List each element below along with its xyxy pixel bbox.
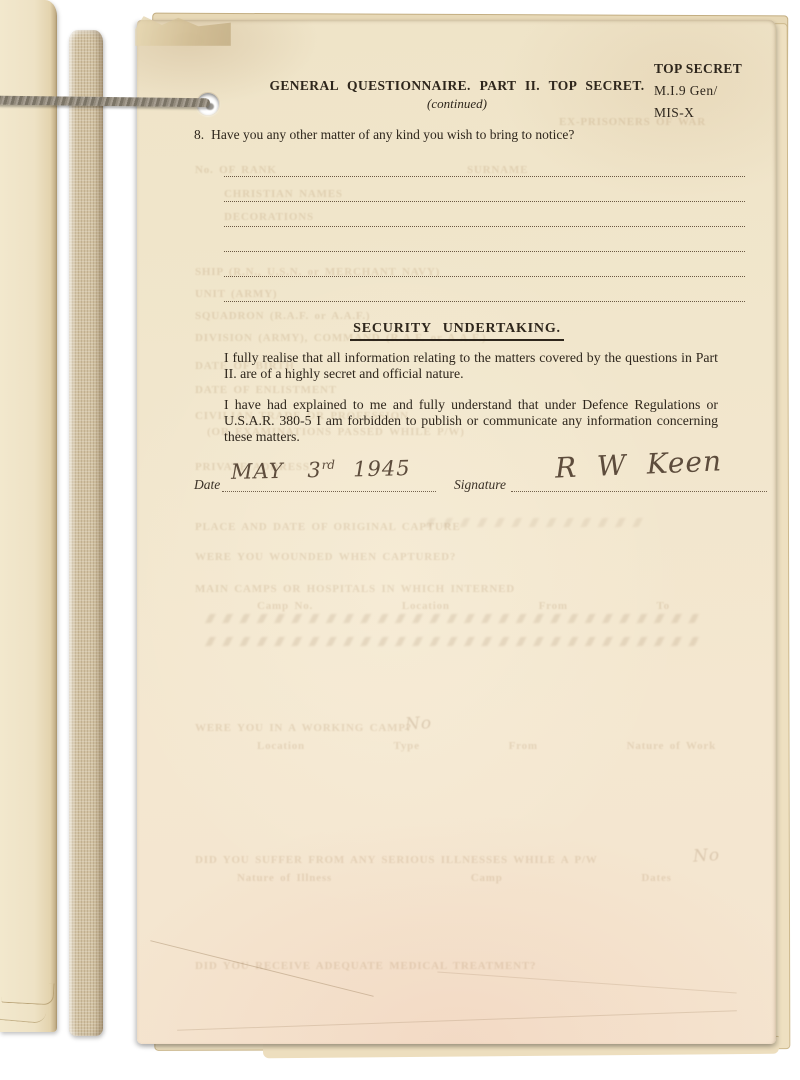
answer-line [224,252,745,277]
undertaking-heading-row: SECURITY UNDERTAKING. [157,319,757,341]
bleedthrough-text: Nature of Illness Camp Dates [237,872,672,884]
handwritten-date-year: 1945 [353,456,411,481]
left-page-corner-sheet [0,1004,47,1024]
date-line [222,491,436,492]
document-header: GENERAL QUESTIONNAIRE. PART II. TOP SECR… [157,78,757,112]
page-title: GENERAL QUESTIONNAIRE. PART II. TOP SECR… [157,78,757,94]
handwritten-date-main: MAY 3 [231,458,322,484]
bleedthrough-scribble [196,637,699,646]
cloth-binding-strip [69,30,103,1036]
question-number: 8. [194,127,204,142]
undertaking-paragraph: I have had explained to me and fully und… [224,397,718,445]
bleedthrough-text: DID YOU RECEIVE ADEQUATE MEDICAL TREATME… [195,960,536,972]
scanned-document-scene: EX-PRISONERS OF WARNo. OF RANKSURNAMECHR… [0,0,800,1080]
bleedthrough-text: Camp No. Location From To [257,600,670,612]
signature-line [511,491,767,492]
stamp-top-secret: TOP SECRET [654,58,774,80]
left-page-corner-sheet [1,981,54,1006]
answer-line [224,152,745,177]
undertaking-heading: SECURITY UNDERTAKING. [350,321,564,341]
bleedthrough-scribble [196,614,699,623]
bleedthrough-text: No [404,713,432,734]
signature-label: Signature [454,477,506,493]
undertaking-paragraphs: I fully realise that all information rel… [224,350,718,445]
bleedthrough-text: WERE YOU WOUNDED WHEN CAPTURED? [195,551,456,563]
questionnaire-page: EX-PRISONERS OF WARNo. OF RANKSURNAMECHR… [137,20,776,1044]
question-text: Have you any other matter of any kind yo… [211,127,574,142]
bleedthrough-text: Location Type From Nature of Work [257,740,716,752]
answer-lines [224,152,745,302]
page-subtitle: (continued) [157,96,757,112]
bleedthrough-text: MAIN CAMPS OR HOSPITALS IN WHICH INTERNE… [195,583,515,595]
undertaking-paragraph: I fully realise that all information rel… [224,350,718,382]
left-page-edge [0,0,57,1032]
answer-line [224,277,745,302]
answer-line [224,177,745,202]
answer-line [224,202,745,227]
date-label: Date [194,477,220,493]
bleedthrough-text: WERE YOU IN A WORKING CAMP? [195,722,412,734]
bleedthrough-scribble [416,518,649,527]
handwritten-date: MAY 3rd1945 [231,456,411,484]
bleedthrough-text: No [692,845,720,866]
question-8: 8.Have you any other matter of any kind … [194,127,574,143]
bleedthrough-text: DID YOU SUFFER FROM ANY SERIOUS ILLNESSE… [195,854,598,866]
answer-line [224,227,745,252]
handwritten-date-ordinal: rd [321,458,335,472]
